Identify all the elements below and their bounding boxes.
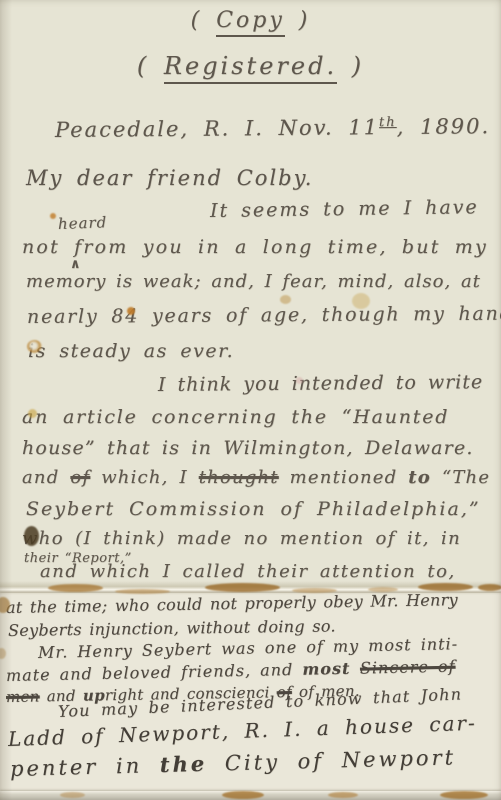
- body-line-10: Seybert Commission of Philadelphia,”: [26, 498, 481, 520]
- text-segment: It seems to me I have: [210, 196, 479, 222]
- text-segment: Sincere of: [360, 657, 456, 678]
- text-segment: an article concerning the “Haunted: [22, 406, 449, 428]
- body-line-4: nearly 84 years of age, though my hand: [27, 303, 501, 328]
- foxing-stain: [280, 295, 291, 304]
- text-segment: mentioned: [279, 467, 409, 488]
- header-copy-label: ( Copy ): [0, 8, 501, 33]
- body-line-2: not from you in a long time, but my: [22, 236, 488, 258]
- letter-page: My dear friend Colby. ( Copy )( Register…: [0, 0, 501, 800]
- text-segment: Copy: [216, 8, 285, 37]
- caret-mark: ∧: [70, 257, 81, 272]
- text-segment: (: [137, 52, 164, 80]
- body-line-6: I think you intended to write: [158, 371, 483, 396]
- text-segment: nearly 84 years of age, though my hand: [27, 303, 501, 328]
- text-segment: th: [379, 115, 397, 130]
- text-segment: to: [408, 467, 431, 488]
- text-segment: house” that is in Wilmington, Delaware.: [22, 437, 474, 459]
- text-segment: I think you intended to write: [158, 371, 483, 396]
- text-segment: and: [22, 467, 70, 488]
- text-segment: Seybert Commission of Philadelphia,”: [26, 498, 481, 520]
- text-segment: ∧: [70, 257, 81, 272]
- text-segment: ): [337, 52, 364, 80]
- body-line-12: and which I called their attention to,: [40, 561, 456, 582]
- text-segment: heard: [58, 213, 108, 233]
- body-line-1: It seems to me I have: [210, 196, 479, 222]
- text-segment: is steady as ever.: [28, 340, 234, 362]
- text-segment: “The: [431, 467, 490, 488]
- text-segment: most: [302, 659, 360, 679]
- body-line-8: house” that is in Wilmington, Delaware.: [22, 437, 474, 459]
- text-segment: who (I think) made no mention of it, in: [22, 528, 461, 549]
- body-line-5: is steady as ever.: [28, 340, 234, 362]
- bottom-sheet-edge: [0, 791, 501, 800]
- body-line-11: who (I think) made no mention of it, in: [22, 528, 461, 549]
- text-segment: the: [160, 751, 208, 777]
- body-line-3: memory is weak; and, I fear, mind, also,…: [26, 271, 481, 292]
- insertion-heard: heard: [58, 213, 108, 233]
- body-line-9: and of which, I thought mentioned to “Th…: [22, 467, 490, 488]
- text-segment: Peacedale, R. I. Nov. 11: [55, 115, 379, 142]
- text-segment: penter in: [10, 753, 160, 781]
- body-line-7: an article concerning the “Haunted: [22, 406, 449, 428]
- header-registered-label: ( Registered. ): [0, 52, 501, 80]
- text-segment: which, I: [90, 467, 198, 488]
- text-segment: memory is weak; and, I fear, mind, also,…: [26, 271, 481, 292]
- text-segment: Registered.: [164, 52, 337, 84]
- text-segment: , 1890.: [397, 114, 491, 139]
- text-segment: not from you in a long time, but my: [22, 236, 488, 258]
- dateline: Peacedale, R. I. Nov. 11th, 1890.: [55, 114, 490, 142]
- text-segment: of: [70, 467, 90, 488]
- text-segment: and which I called their attention to,: [40, 561, 456, 582]
- foxing-stain: [50, 213, 56, 219]
- text-segment: ): [285, 8, 311, 33]
- text-segment: men: [6, 687, 40, 706]
- text-segment: (: [191, 8, 217, 33]
- text-segment: thought: [199, 467, 279, 488]
- salutation: My dear friend Colby.: [26, 166, 313, 190]
